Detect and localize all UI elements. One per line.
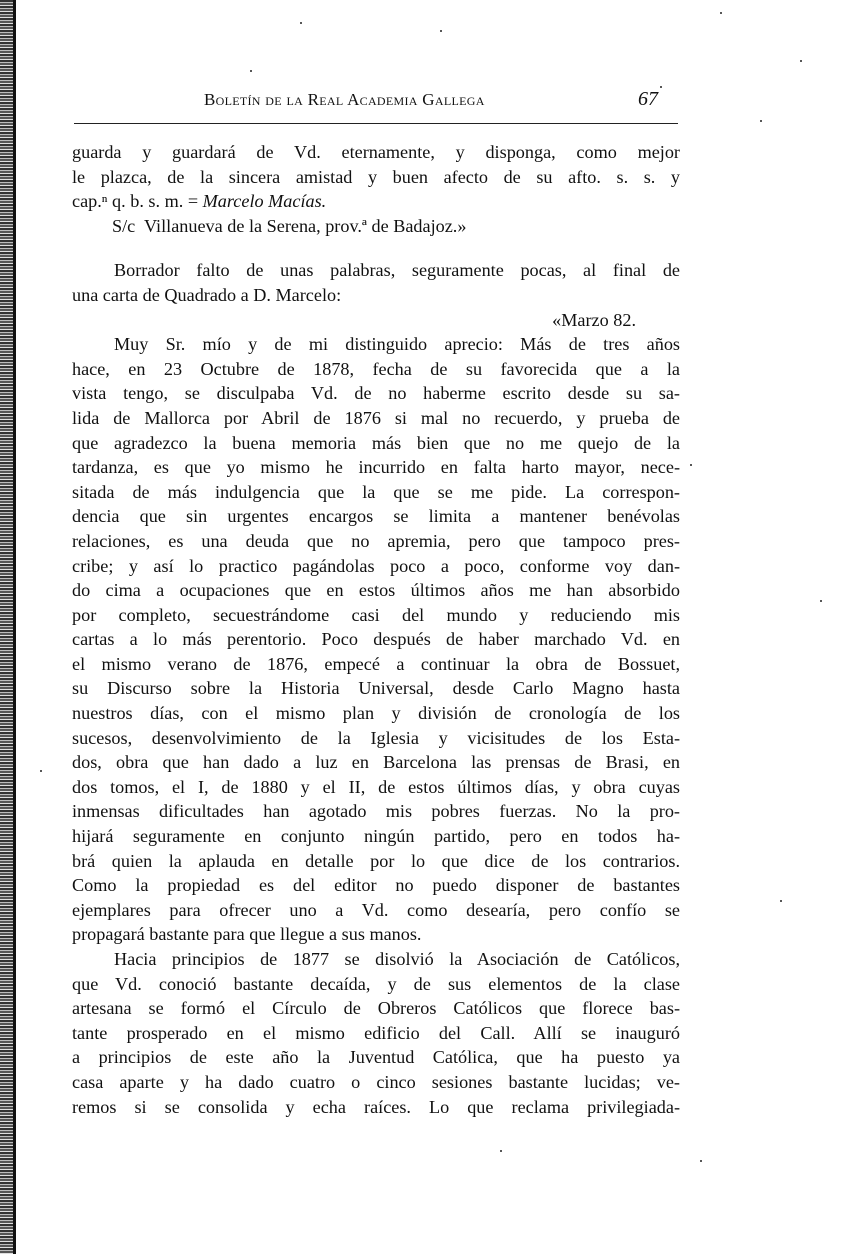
page-body: guarda y guardará de Vd. eternamente, y … (72, 140, 680, 1119)
speck (780, 900, 782, 902)
text-line: artesana se formó el Círculo de Obreros … (72, 996, 680, 1021)
dateline: «Marzo 82. (72, 308, 680, 333)
paragraph-closing-of-letter: guarda y guardará de Vd. eternamente, y … (72, 140, 680, 214)
speck (720, 12, 722, 14)
paragraph-address: S/c Villanueva de la Serena, prov.ª de B… (72, 214, 680, 239)
text-line: sitada de más indulgencia que la que se … (72, 480, 680, 505)
text-line: que Vd. conoció bastante decaída, y de s… (72, 972, 680, 997)
speck (760, 120, 762, 122)
paragraph-letter-1: Muy Sr. mío y de mi distinguido aprecio:… (72, 332, 680, 947)
speck (440, 30, 442, 32)
closing-formula: cap.ⁿ q. b. s. m. = (72, 191, 198, 211)
text-line: casa aparte y ha dado cuatro o cinco ses… (72, 1070, 680, 1095)
text-line: el mismo verano de 1876, empecé a contin… (72, 652, 680, 677)
text-line: Muy Sr. mío y de mi distinguido aprecio:… (72, 332, 680, 357)
speck (660, 86, 662, 88)
text-line: remos si se consolida y echa raíces. Lo … (72, 1095, 680, 1120)
text-line: cartas a lo más perentorio. Poco después… (72, 627, 680, 652)
paragraph-letter-2: Hacia principios de 1877 se disolvió la … (72, 947, 680, 1119)
text-line: hace, en 23 Octubre de 1878, fecha de su… (72, 357, 680, 382)
speck (500, 1150, 502, 1152)
paragraph-editorial-note: Borrador falto de unas palabras, seguram… (72, 258, 680, 307)
spacer (72, 238, 680, 258)
speck (300, 22, 302, 24)
speck (820, 600, 822, 602)
text-line: vista tengo, se disculpaba Vd. de no hab… (72, 381, 680, 406)
text-line: tardanza, es que yo mismo he incurrido e… (72, 455, 680, 480)
text-line: a principios de este año la Juventud Cat… (72, 1045, 680, 1070)
text-line: hijará seguramente en conjunto ningún pa… (72, 824, 680, 849)
text-line: le plazca, de la sincera amistad y buen … (72, 165, 680, 190)
page-header: Boletín de la Real Academia Gallega 67 (74, 88, 678, 124)
text-line: nuestros días, con el mismo plan y divis… (72, 701, 680, 726)
signature: Marcelo Macías. (203, 191, 327, 211)
paragraph-dateline: «Marzo 82. (72, 308, 680, 333)
text-line: guarda y guardará de Vd. eternamente, y … (72, 140, 680, 165)
text-line: relaciones, es una deuda que no apremia,… (72, 529, 680, 554)
text-line: propagará bastante para que llegue a sus… (72, 922, 680, 947)
text-line: cap.ⁿ q. b. s. m. = Marcelo Macías. (72, 189, 680, 214)
text-line: cribe; y así lo practico pagándolas poco… (72, 554, 680, 579)
scan-binding-edge (0, 0, 16, 1254)
text-line: do cima a ocupaciones que en estos últim… (72, 578, 680, 603)
header-rule (74, 123, 678, 124)
text-line: sucesos, desenvolvimiento de la Iglesia … (72, 726, 680, 751)
text-line: que agradezco la buena memoria más bien … (72, 431, 680, 456)
text-line: una carta de Quadrado a D. Marcelo: (72, 283, 680, 308)
speck (690, 464, 692, 466)
text-line: su Discurso sobre la Historia Universal,… (72, 676, 680, 701)
text-line: por completo, secuestrándome casi del mu… (72, 603, 680, 628)
text-line: dencia que sin urgentes encargos se limi… (72, 504, 680, 529)
speck (700, 1160, 702, 1162)
text-line: dos tomos, el I, de 1880 y el II, de est… (72, 775, 680, 800)
text-line: Hacia principios de 1877 se disolvió la … (72, 947, 680, 972)
speck (40, 770, 42, 772)
text-line: inmensas dificultades han agotado mis po… (72, 799, 680, 824)
text-line: S/c Villanueva de la Serena, prov.ª de B… (72, 214, 680, 239)
text-line: lida de Mallorca por Abril de 1876 si ma… (72, 406, 680, 431)
text-line: dos, obra que han dado a luz en Barcelon… (72, 750, 680, 775)
page-number: 67 (638, 88, 658, 111)
running-title: Boletín de la Real Academia Gallega (204, 90, 485, 110)
text-line: brá quien la aplauda en detalle por lo q… (72, 849, 680, 874)
text-line: ejemplares para ofrecer uno a Vd. como d… (72, 898, 680, 923)
speck (250, 70, 252, 72)
text-line: Como la propiedad es del editor no puedo… (72, 873, 680, 898)
text-line: Borrador falto de unas palabras, seguram… (72, 258, 680, 283)
speck (800, 60, 802, 62)
text-line: tante prosperado en el mismo edificio de… (72, 1021, 680, 1046)
